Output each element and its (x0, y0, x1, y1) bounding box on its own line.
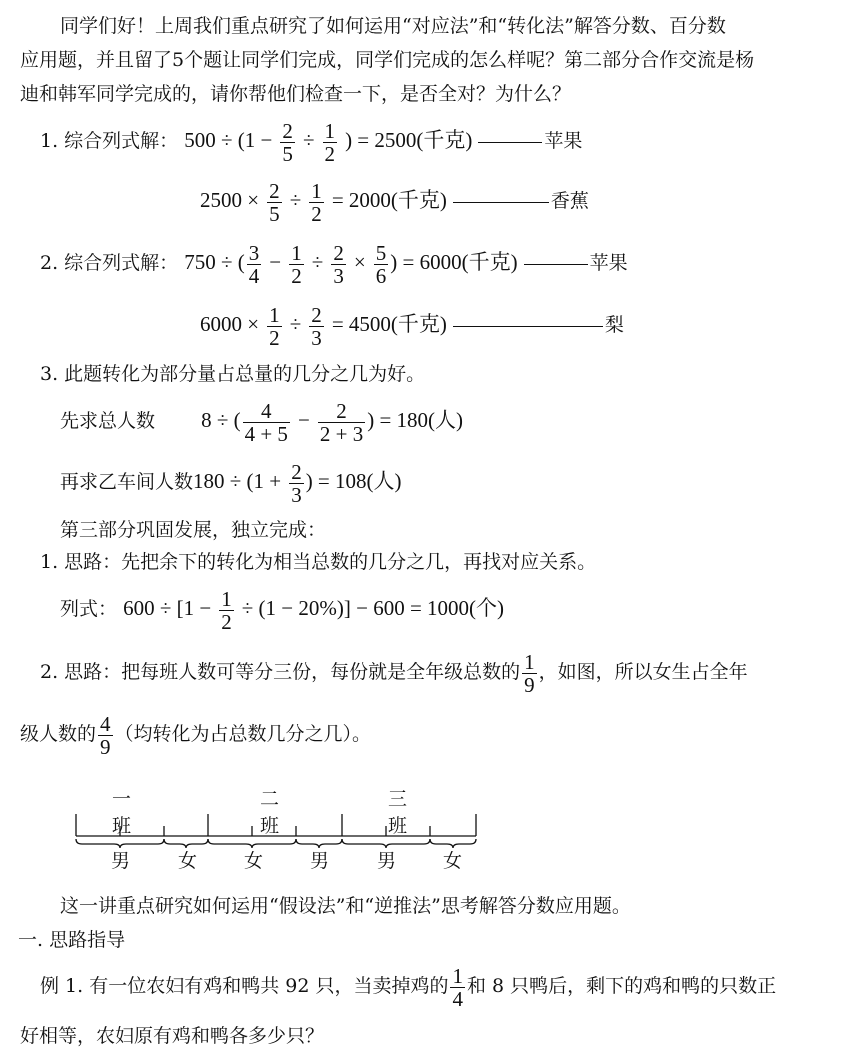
q1-label: 1. 综合列式解： (40, 130, 178, 152)
fraction: 12 (219, 588, 234, 633)
fraction: 23 (309, 304, 324, 349)
answer-item: 苹果 (544, 130, 582, 152)
q1-equation-1: 1. 综合列式解： 500 ÷ (1 − 25 ÷ 12 ) = 2500(千克… (40, 114, 582, 167)
answer-item: 苹果 (590, 252, 628, 274)
intro-line-3: 迪和韩军同学完成的，请你帮他们检查一下，是否全对？为什么？ (20, 82, 571, 106)
segment-label: 男 (310, 846, 329, 873)
fraction: 23 (289, 461, 304, 506)
q1-equation-2: 2500 × 25 ÷ 12 = 2000(千克)香蕉 (200, 174, 589, 227)
part3-q2-line2: 级人数的49（均转化为占总数几分之几）。 (20, 708, 371, 760)
segment-label: 男 (111, 846, 130, 873)
fraction: 19 (522, 651, 537, 696)
leader-line (453, 202, 549, 203)
segment-label: 女 (443, 846, 462, 873)
part3-q2-idea: 2. 思路：把每班人数可等分三份，每份就是全年级总数的19，如图，所以女生占全年 (40, 646, 748, 698)
fraction: 56 (374, 242, 389, 287)
segment-label: 男 (377, 846, 396, 873)
q3-step-1: 先求总人数 8 ÷ (44 + 5 − 22 + 3) = 180(人) (60, 394, 463, 447)
fraction: 25 (280, 120, 295, 165)
fraction: 14 (450, 965, 465, 1010)
fraction: 12 (309, 180, 324, 225)
example-1: 例 1. 有一位农妇有鸡和鸭共 92 只，当卖掉鸡的14和 8 只鸭后，剩下的鸡… (40, 960, 776, 1012)
answer-item: 香蕉 (551, 190, 589, 212)
segment-label: 女 (244, 846, 263, 873)
part3-q1-idea: 1. 思路：先把余下的转化为相当总数的几分之几，再找对应关系。 (40, 550, 596, 574)
fraction: 25 (267, 180, 282, 225)
fraction: 44 + 5 (243, 400, 290, 445)
example-1-line-2: 好相等，农妇原有鸡和鸭各多少只？ (20, 1024, 324, 1048)
part3-q1-formula: 列式： 600 ÷ [1 − 12 ÷ (1 − 20%)] − 600 = 1… (60, 582, 504, 635)
part3-title: 第三部分巩固发展，独立完成： (60, 518, 326, 542)
fraction: 49 (98, 713, 113, 758)
intro-line-2: 应用题，并且留了5个题让同学们完成，同学们完成的怎么样呢？第二部分合作交流是杨 (20, 48, 754, 72)
q3-label: 3. 此题转化为部分量占总量的几分之几为好。 (40, 362, 425, 386)
fraction: 12 (267, 304, 282, 349)
q2-equation-2: 6000 × 12 ÷ 23 = 4500(千克)梨 (200, 298, 624, 351)
fraction: 12 (289, 242, 304, 287)
q2-label: 2. 综合列式解： (40, 252, 178, 274)
intro-line-1: 同学们好！上周我们重点研究了如何运用“对应法”和“转化法”解答分数、百分数 (60, 14, 726, 38)
fraction: 34 (247, 242, 262, 287)
q2-equation-1: 2. 综合列式解： 750 ÷ (34 − 12 ÷ 23 × 56) = 60… (40, 236, 628, 289)
section-heading: 一. 思路指导 (18, 928, 125, 952)
answer-item: 梨 (605, 314, 624, 336)
leader-line (478, 142, 542, 143)
fraction: 23 (331, 242, 346, 287)
segment-label: 女 (178, 846, 197, 873)
leader-line (524, 264, 588, 265)
q3-step-2: 再求乙车间人数180 ÷ (1 + 23) = 108(人) (60, 455, 402, 508)
lesson-intro: 这一讲重点研究如何运用“假设法”和“逆推法”思考解答分数应用题。 (60, 894, 631, 918)
segment-bar (70, 810, 482, 850)
fraction: 22 + 3 (318, 400, 365, 445)
leader-line (453, 326, 603, 327)
fraction: 12 (323, 120, 338, 165)
